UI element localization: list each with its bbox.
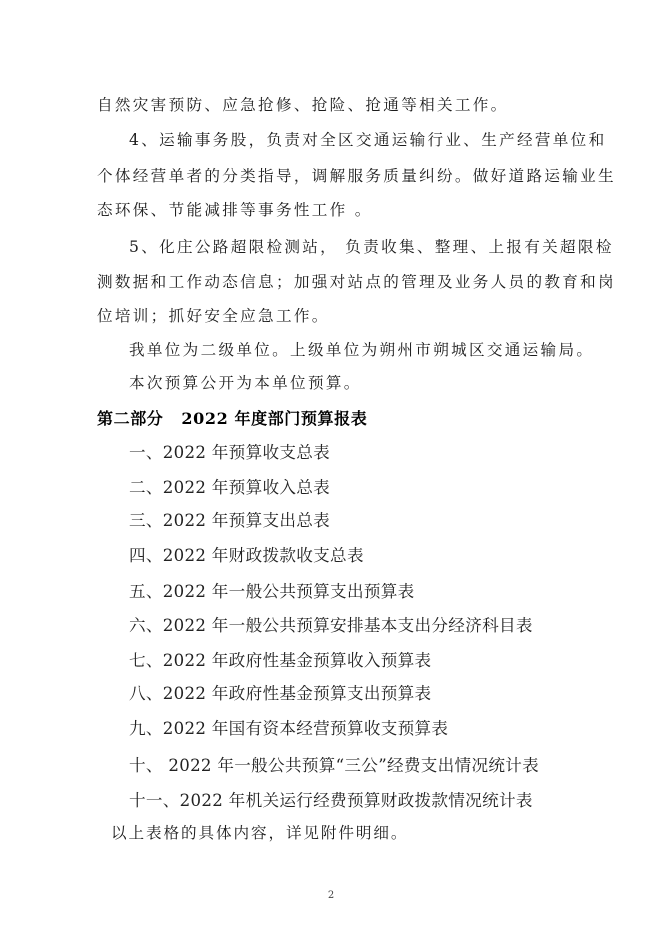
table-list-item: 七、2022 年政府性基金预算收入预算表 xyxy=(129,650,431,672)
table-list-item: 一、2022 年预算收支总表 xyxy=(129,442,330,464)
document-page: 自然灾害预防、应急抢修、抢险、抢通等相关工作。 4、运输事务股，负责对全区交通运… xyxy=(0,0,662,936)
paragraph-line: 本次预算公开为本单位预算。 xyxy=(129,373,362,393)
paragraph-line: 5、化庄公路超限检测站， 负责收集、整理、上报有关超限检 xyxy=(129,237,614,257)
table-list-item: 四、2022 年财政拨款收支总表 xyxy=(129,545,364,567)
table-list-item: 五、2022 年一般公共预算支出预算表 xyxy=(129,581,415,603)
table-list-item: 二、2022 年预算收入总表 xyxy=(129,477,330,499)
section-heading: 第二部分2022 年度部门预算报表 xyxy=(97,408,367,430)
table-list-item: 十、 2022 年一般公共预算“三公”经费支出情况统计表 xyxy=(129,755,539,777)
table-list-item: 三、2022 年预算支出总表 xyxy=(129,510,330,532)
section-title: 2022 年度部门预算报表 xyxy=(181,409,367,428)
paragraph-line: 个体经营单者的分类指导，调解服务质量纠纷。做好道路运输业生 xyxy=(97,166,616,186)
table-list-item: 六、2022 年一般公共预算安排基本支出分经济科目表 xyxy=(129,615,533,637)
paragraph-line: 态环保、节能减排等事务性工作 。 xyxy=(97,200,373,220)
paragraph-line: 测数据和工作动态信息；加强对站点的管理及业务人员的教育和岗 xyxy=(97,272,616,292)
paragraph-line: 4、运输事务股，负责对全区交通运输行业、生产经营单位和 xyxy=(129,130,606,150)
footer-note: 以上表格的具体内容，详见附件明细。 xyxy=(111,823,408,843)
section-part-label: 第二部分 xyxy=(97,409,163,428)
table-list-item: 九、2022 年国有资本经营预算收支预算表 xyxy=(129,718,448,740)
table-list-item: 八、2022 年政府性基金预算支出预算表 xyxy=(129,683,431,705)
page-number: 2 xyxy=(0,890,662,901)
paragraph-line: 位培训；抓好安全应急工作。 xyxy=(97,306,330,326)
table-list-item: 十一、2022 年机关运行经费预算财政拨款情况统计表 xyxy=(129,790,533,812)
paragraph-line: 自然灾害预防、应急抢修、抢险、抢通等相关工作。 xyxy=(97,95,509,115)
paragraph-line: 我单位为二级单位。上级单位为朔州市朔城区交通运输局。 xyxy=(129,340,594,360)
